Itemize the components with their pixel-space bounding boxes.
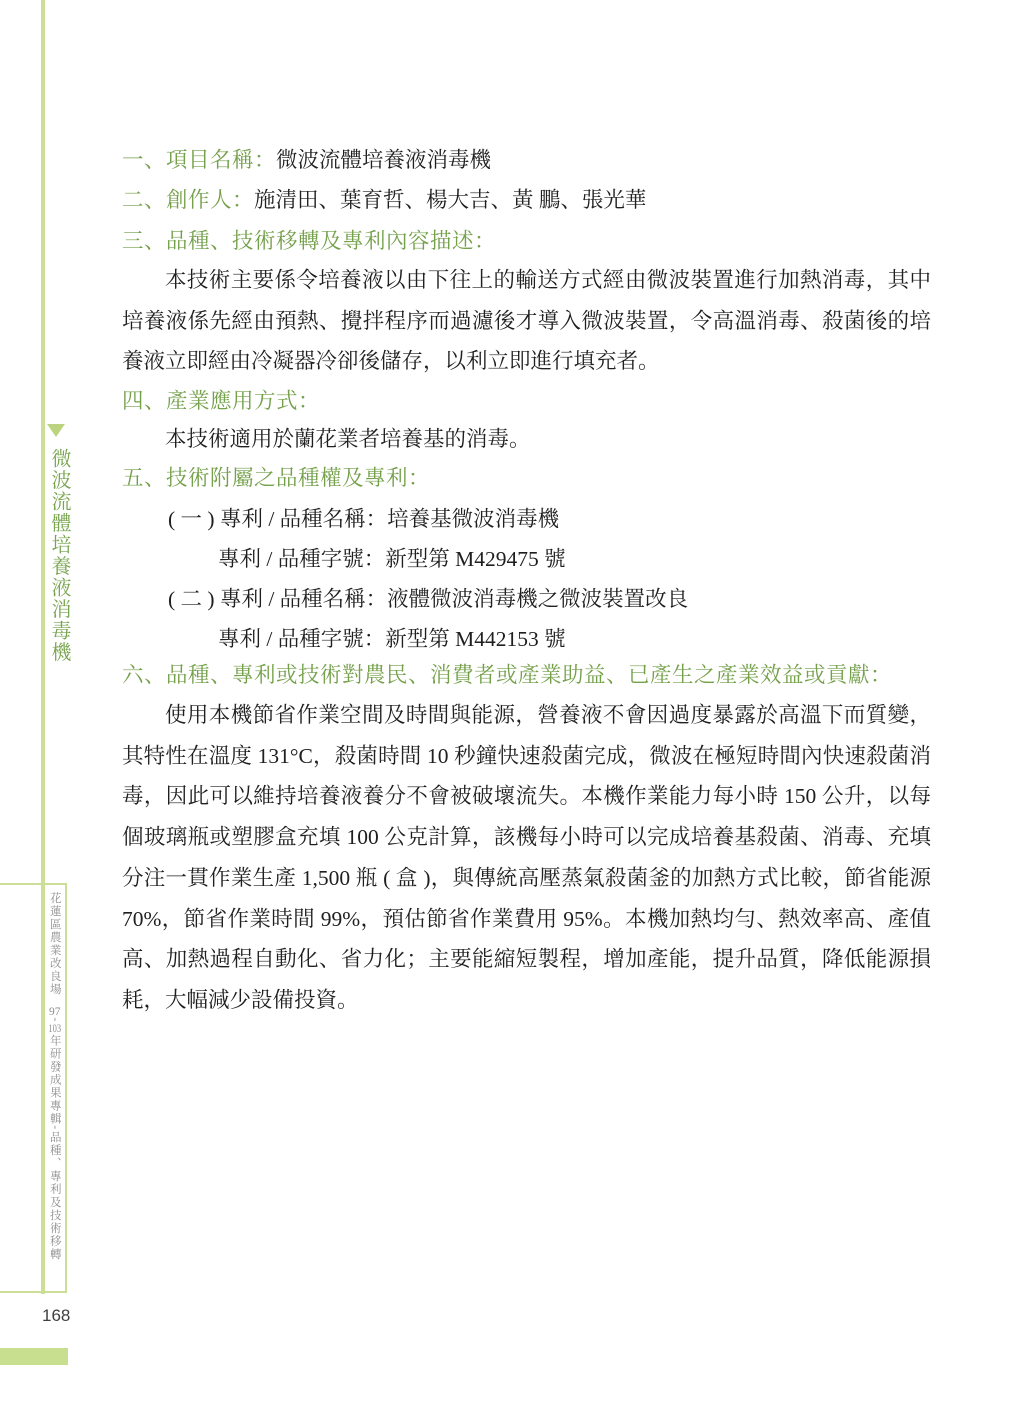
section-1-heading: 一、項目名稱： — [122, 148, 276, 173]
patent-1-number: 專利 / 品種字號：新型第 M429475 號 — [218, 547, 566, 572]
chapter-marker-triangle-icon — [47, 424, 65, 437]
series-title-box: 花蓮區農業改良場97-103年研發成果專輯-品種、專利及技術移轉 — [41, 883, 67, 1293]
series-title-year-end: 103 — [49, 1023, 61, 1035]
chapter-title-vertical: 微波流體培養液消毒機 — [45, 448, 74, 668]
page-number: 168 — [42, 1306, 70, 1326]
section-6-heading: 六、品種、專利或技術對農民、消費者或產業助益、已產生之產業效益或貢獻： — [122, 663, 892, 688]
section-4-heading: 四、產業應用方式： — [122, 389, 320, 414]
series-title-part2: 年研發成果專輯-品種、專利及技術移轉 — [49, 1034, 61, 1260]
section-3-heading: 三、品種、技術移轉及專利內容描述： — [122, 229, 496, 254]
patent-2-number: 專利 / 品種字號：新型第 M442153 號 — [218, 627, 566, 652]
section-5-heading: 五、技術附屬之品種權及專利： — [122, 466, 430, 491]
patent-1-name: ( 一 ) 專利 / 品種名稱：培養基微波消毒機 — [168, 507, 559, 532]
series-title: 花蓮區農業改良場97-103年研發成果專輯-品種、專利及技術移轉 — [48, 892, 60, 1284]
section-3-paragraph: 本技術主要係令培養液以由下往上的輸送方式經由微波裝置進行加熱消毒，其中培養液係先… — [122, 260, 931, 382]
series-title-part1: 花蓮區農業改良場 — [49, 892, 61, 996]
section-2-heading: 二、創作人： — [122, 188, 254, 213]
bottom-green-bar — [0, 1348, 68, 1365]
section-1-value: 微波流體培養液消毒機 — [276, 148, 491, 173]
patent-2-name: ( 二 ) 專利 / 品種名稱：液體微波消毒機之微波裝置改良 — [168, 587, 688, 612]
section-6-paragraph: 使用本機節省作業空間及時間與能源，營養液不會因過度暴露於高溫下而質變，其特性在溫… — [122, 695, 931, 1021]
series-title-year-start: 97 — [49, 1006, 61, 1018]
section-4-paragraph: 本技術適用於蘭花業者培養基的消毒。 — [165, 427, 531, 452]
document-page: { "colors": { "heading_green": "#74a04a"… — [0, 0, 1024, 1418]
section-2-row: 二、創作人： 施清田、葉育哲、楊大吉、黃 鵬、張光華 — [122, 188, 646, 213]
section-1-row: 一、項目名稱： 微波流體培養液消毒機 — [122, 148, 491, 173]
section-2-value: 施清田、葉育哲、楊大吉、黃 鵬、張光華 — [254, 188, 646, 213]
